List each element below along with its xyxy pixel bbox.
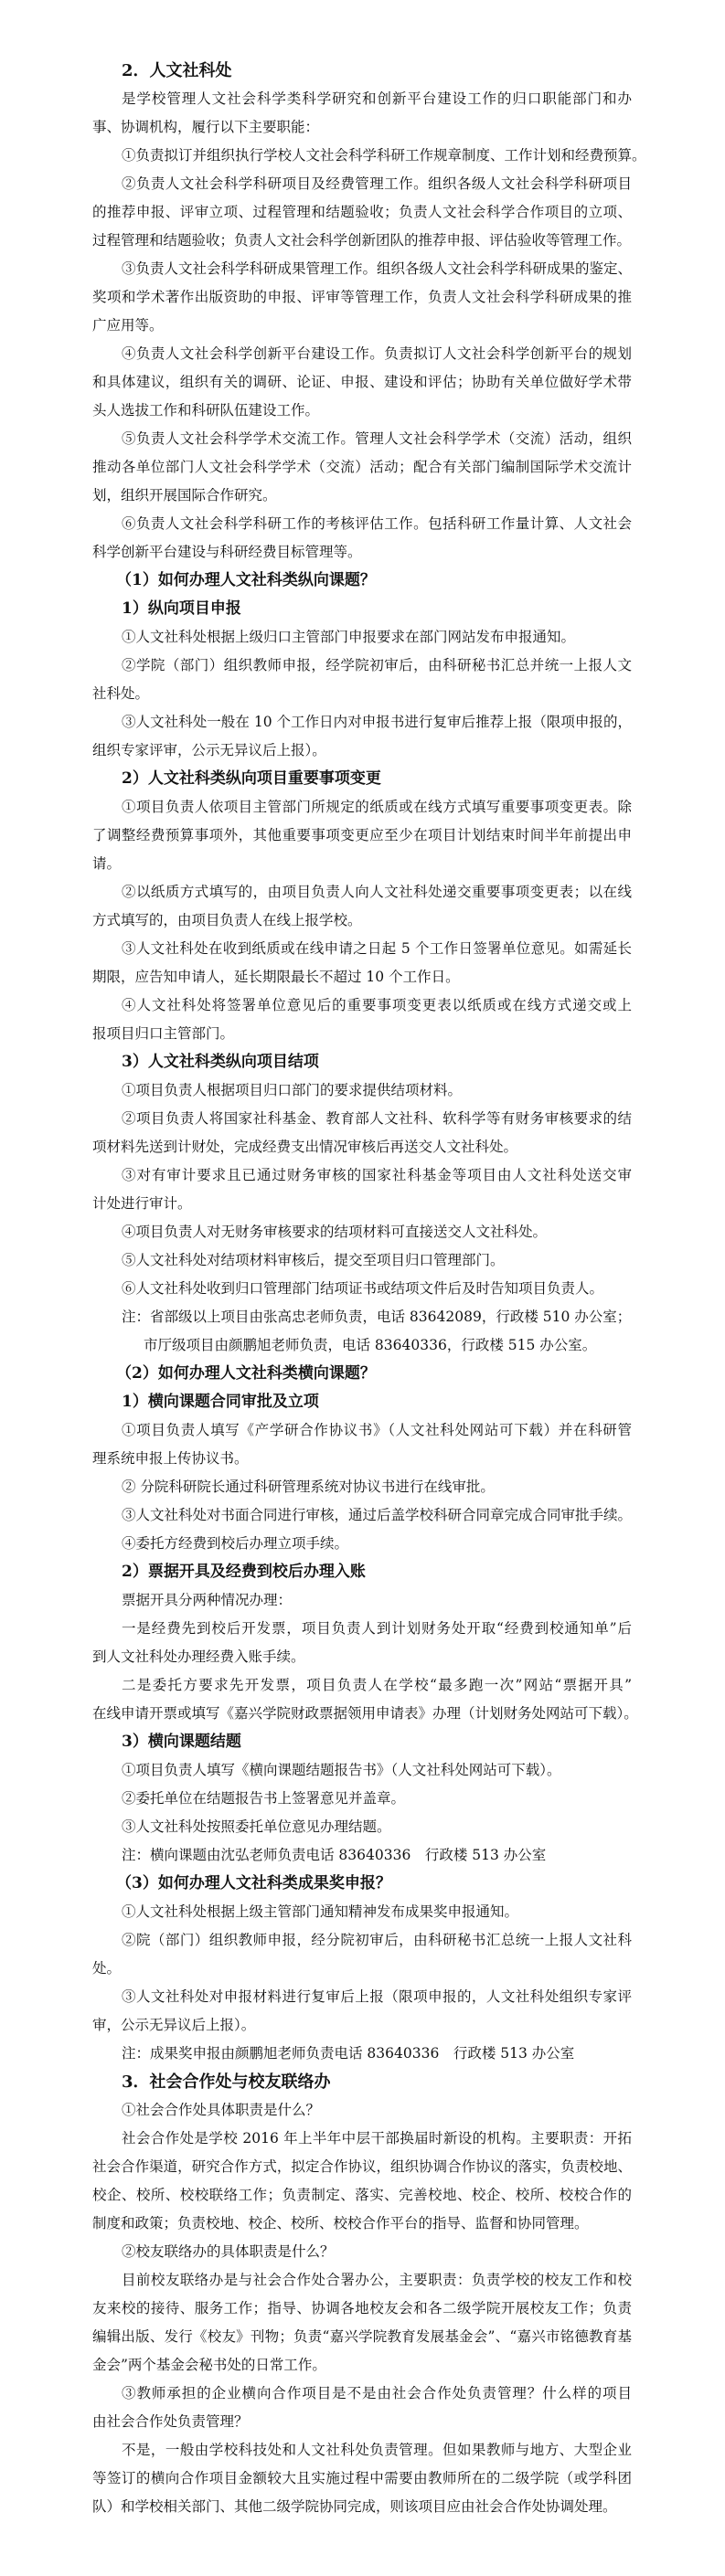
paragraph: 是学校管理人文社会科学类科学研究和创新平台建设工作的归口职能部门和办事、协调机构… — [92, 85, 632, 142]
paragraph: ③人文社科处一般在 10 个工作日内对申报书进行复审后推荐上报（限项申报的，组织… — [92, 708, 632, 765]
text-line: 1）横向课题合同审批及立项 — [92, 1388, 632, 1416]
text-line: 编辑出版、发行《校友》刊物；负责“嘉兴学院教育发展基金会”、“嘉兴市铭德教育基 — [92, 2323, 632, 2351]
section-heading-level-3: 1）纵向项目申报 — [92, 595, 632, 623]
text-line: ①项目负责人根据项目归口部门的要求提供结项材料。 — [92, 1076, 632, 1105]
text-line: 报项目归口主管部门。 — [92, 1020, 632, 1048]
text-line: ⑤人文社科处对结项材料审核后，提交至项目归口管理部门。 — [92, 1246, 632, 1275]
text-line: 3）人文社科类纵向项目结项 — [92, 1048, 632, 1076]
paragraph: ①项目负责人填写《产学研合作协议书》（人文社科处网站可下载）并在科研管理系统申报… — [92, 1416, 632, 1473]
section-heading-level-2: （1）如何办理人文社科类纵向课题？ — [92, 567, 632, 595]
text-line: 审，公示无异议后上报）。 — [92, 2011, 632, 2040]
text-line: 等签订的横向合作项目金额较大且实施过程中需要由教师所在的二级学院（或学科团 — [92, 2465, 632, 2493]
paragraph: ②学院（部门）组织教师申报，经学院初审后，由科研秘书汇总并统一上报人文社科处。 — [92, 652, 632, 708]
text-line: ④项目负责人对无财务审核要求的结项材料可直接送交人文社科处。 — [92, 1218, 632, 1246]
text-line: 头人选拔工作和科研队伍建设工作。 — [92, 397, 632, 425]
text-line: 2．人文社科处 — [92, 57, 632, 85]
paragraph: 不是，一般由学校科技处和人文社科处负责管理。但如果教师与地方、大型企业等签订的横… — [92, 2436, 632, 2521]
text-line: 市厅级项目由颜鹏旭老师负责，电话 83640336，行政楼 515 办公室。 — [92, 1331, 632, 1360]
text-line: 科学创新平台建设与科研经费目标管理等。 — [92, 538, 632, 567]
paragraph: ②委托单位在结题报告书上签署意见并盖章。 — [92, 1785, 632, 1813]
text-line: 注：省部级以上项目由张高忠老师负责，电话 83642089，行政楼 510 办公… — [92, 1303, 632, 1331]
paragraph: 目前校友联络办是与社会合作处合署办公，主要职责：负责学校的校友工作和校友来校的接… — [92, 2266, 632, 2380]
text-line: 2）票据开具及经费到校后办理入账 — [92, 1558, 632, 1586]
text-line: ②负责人文社会科学科研项目及经费管理工作。组织各级人文社会科学科研项目 — [92, 170, 632, 198]
text-line: 组织专家评审，公示无异议后上报）。 — [92, 737, 632, 765]
paragraph: ⑤负责人文社会科学学术交流工作。管理人文社会科学学术（交流）活动，组织推动各单位… — [92, 425, 632, 510]
text-line: 不是，一般由学校科技处和人文社科处负责管理。但如果教师与地方、大型企业 — [92, 2436, 632, 2465]
text-line: ①人文社科处根据上级主管部门通知精神发布成果奖申报通知。 — [92, 1898, 632, 1926]
text-line: ①项目负责人填写《横向课题结题报告书》（人文社科处网站可下载）。 — [92, 1756, 632, 1785]
text-line: （1）如何办理人文社科类纵向课题？ — [92, 567, 632, 595]
text-line: ③人文社科处在收到纸质或在线申请之日起 5 个工作日签署单位意见。如需延长 — [92, 935, 632, 963]
text-line: 奖项和学术著作出版资助的申报、评审等管理工作，负责人文社会科学科研成果的推 — [92, 283, 632, 312]
text-line: 3．社会合作处与校友联络办 — [92, 2068, 632, 2096]
contact-note: 市厅级项目由颜鹏旭老师负责，电话 83640336，行政楼 515 办公室。 — [92, 1331, 632, 1360]
text-line: ①负责拟订并组织执行学校人文社会科学科研工作规章制度、工作计划和经费预算。 — [92, 142, 632, 170]
text-line: ③对有审计要求且已通过财务审核的国家社科基金等项目由人文社科处送交审 — [92, 1161, 632, 1190]
paragraph: 票据开具分两种情况办理： — [92, 1586, 632, 1615]
text-line: 友来校的接待、服务工作；指导、协调各地校友会和各二级学院开展校友工作；负责 — [92, 2295, 632, 2323]
paragraph: ①项目负责人填写《横向课题结题报告书》（人文社科处网站可下载）。 — [92, 1756, 632, 1785]
text-line: ④负责人文社会科学创新平台建设工作。负责拟订人文社会科学创新平台的规划 — [92, 340, 632, 368]
paragraph: ⑥人文社科处收到归口管理部门结项证书或结项文件后及时告知项目负责人。 — [92, 1275, 632, 1303]
text-line: 处。 — [92, 1955, 632, 1983]
text-line: ②院（部门）组织教师申报，经分院初审后，由科研秘书汇总统一上报人文社科 — [92, 1926, 632, 1955]
text-line: 目前校友联络办是与社会合作处合署办公，主要职责：负责学校的校友工作和校 — [92, 2266, 632, 2295]
paragraph: ②项目负责人将国家社科基金、教育部人文社科、软科学等有财务审核要求的结项材料先送… — [92, 1105, 632, 1161]
text-line: ②以纸质方式填写的，由项目负责人向人文社科处递交重要事项变更表；以在线 — [92, 878, 632, 906]
section-heading-level-3: 1）横向课题合同审批及立项 — [92, 1388, 632, 1416]
text-line: 了调整经费预算事项外，其他重要事项变更应至少在项目计划结束时间半年前提出申 — [92, 822, 632, 850]
text-line: 和具体建议，组织有关的调研、论证、申报、建设和评估；协助有关单位做好学术带 — [92, 368, 632, 397]
text-line: ②学院（部门）组织教师申报，经学院初审后，由科研秘书汇总并统一上报人文 — [92, 652, 632, 680]
contact-note: 注：省部级以上项目由张高忠老师负责，电话 83642089，行政楼 510 办公… — [92, 1303, 632, 1331]
paragraph: 二是委托方要求先开发票，项目负责人在学校“最多跑一次”网站“票据开具”在线申请开… — [92, 1671, 632, 1728]
text-line: 方式填写的，由项目负责人在线上报学校。 — [92, 906, 632, 935]
paragraph: ④负责人文社会科学创新平台建设工作。负责拟订人文社会科学创新平台的规划和具体建议… — [92, 340, 632, 425]
paragraph: ③人文社科处对书面合同进行审核，通过后盖学校科研合同章完成合同审批手续。 — [92, 1501, 632, 1530]
text-line: ③教师承担的企业横向合作项目是不是由社会合作处负责管理？什么样的项目 — [92, 2380, 632, 2408]
section-heading-level-3: 3）横向课题结题 — [92, 1728, 632, 1756]
text-line: （3）如何办理人文社科类成果奖申报？ — [92, 1870, 632, 1898]
text-line: 划，组织开展国际合作研究。 — [92, 482, 632, 510]
text-line: 票据开具分两种情况办理： — [92, 1586, 632, 1615]
paragraph: ①负责拟订并组织执行学校人文社会科学科研工作规章制度、工作计划和经费预算。 — [92, 142, 632, 170]
text-line: 过程管理和结题验收；负责人文社会科学创新团队的推荐申报、评估验收等管理工作。 — [92, 227, 632, 255]
section-heading-level-2: （2）如何办理人文社科类横向课题？ — [92, 1360, 632, 1388]
text-line: 社科处。 — [92, 680, 632, 708]
text-line: 计处进行审计。 — [92, 1190, 632, 1218]
text-line: 制度和政策；负责校地、校企、校所、校校合作平台的指导、监督和协同管理。 — [92, 2210, 632, 2238]
text-line: ④人文社科处将签署单位意见后的重要事项变更表以纸质或在线方式递交或上 — [92, 991, 632, 1020]
section-heading-level-3: 3）人文社科类纵向项目结项 — [92, 1048, 632, 1076]
text-line: ③负责人文社会科学科研成果管理工作。组织各级人文社会科学科研成果的鉴定、 — [92, 255, 632, 283]
paragraph: ②院（部门）组织教师申报，经分院初审后，由科研秘书汇总统一上报人文社科处。 — [92, 1926, 632, 1983]
text-line: ①社会合作处具体职责是什么？ — [92, 2096, 632, 2125]
text-line: ③人文社科处对书面合同进行审核，通过后盖学校科研合同章完成合同审批手续。 — [92, 1501, 632, 1530]
text-line: ③人文社科处对申报材料进行复审后上报（限项申报的，人文社科处组织专家评 — [92, 1983, 632, 2011]
paragraph: 一是经费先到校后开发票，项目负责人到计划财务处开取“经费到校通知单”后到人文社科… — [92, 1615, 632, 1671]
text-line: 的推荐申报、评审立项、过程管理和结题验收；负责人文社会科学合作项目的立项、 — [92, 198, 632, 227]
text-line: 二是委托方要求先开发票，项目负责人在学校“最多跑一次”网站“票据开具” — [92, 1671, 632, 1700]
text-line: 2）人文社科类纵向项目重要事项变更 — [92, 765, 632, 793]
paragraph: ①项目负责人依项目主管部门所规定的纸质或在线方式填写重要事项变更表。除了调整经费… — [92, 793, 632, 878]
text-line: ②校友联络办的具体职责是什么？ — [92, 2238, 632, 2266]
text-line: 队）和学校相关部门、其他二级学院协同完成，则该项目应由社会合作处协调处理。 — [92, 2493, 632, 2521]
document-body: 2．人文社科处是学校管理人文社会科学类科学研究和创新平台建设工作的归口职能部门和… — [92, 57, 632, 2521]
contact-note: 注：成果奖申报由颜鹏旭老师负责电话 83640336 行政楼 513 办公室 — [92, 2040, 632, 2068]
section-heading-level-1: 3．社会合作处与校友联络办 — [92, 2068, 632, 2096]
text-line: ②项目负责人将国家社科基金、教育部人文社科、软科学等有财务审核要求的结 — [92, 1105, 632, 1133]
section-heading-level-2: （3）如何办理人文社科类成果奖申报？ — [92, 1870, 632, 1898]
text-line: 1）纵向项目申报 — [92, 595, 632, 623]
text-line: （2）如何办理人文社科类横向课题？ — [92, 1360, 632, 1388]
text-line: 一是经费先到校后开发票，项目负责人到计划财务处开取“经费到校通知单”后 — [92, 1615, 632, 1643]
paragraph: 社会合作处是学校 2016 年上半年中层干部换届时新设的机构。主要职责：开拓社会… — [92, 2125, 632, 2238]
text-line: 社会合作渠道，研究合作方式，拟定合作协议，组织协调合作协议的落实，负责校地、 — [92, 2153, 632, 2181]
text-line: 推动各单位部门人文社会科学学术（交流）活动；配合有关部门编制国际学术交流计 — [92, 453, 632, 482]
paragraph: ②以纸质方式填写的，由项目负责人向人文社科处递交重要事项变更表；以在线方式填写的… — [92, 878, 632, 935]
text-line: ⑤负责人文社会科学学术交流工作。管理人文社会科学学术（交流）活动，组织 — [92, 425, 632, 453]
text-line: ②委托单位在结题报告书上签署意见并盖章。 — [92, 1785, 632, 1813]
paragraph: ④项目负责人对无财务审核要求的结项材料可直接送交人文社科处。 — [92, 1218, 632, 1246]
text-line: ①人文社科处根据上级归口主管部门申报要求在部门网站发布申报通知。 — [92, 623, 632, 652]
text-line: ④委托方经费到校后办理立项手续。 — [92, 1530, 632, 1558]
text-line: ⑥人文社科处收到归口管理部门结项证书或结项文件后及时告知项目负责人。 — [92, 1275, 632, 1303]
text-line: 项材料先送到计财处，完成经费支出情况审核后再送交人文社科处。 — [92, 1133, 632, 1161]
text-line: 到人文社科处办理经费入账手续。 — [92, 1643, 632, 1671]
text-line: ③人文社科处按照委托单位意见办理结题。 — [92, 1813, 632, 1841]
paragraph: ③负责人文社会科学科研成果管理工作。组织各级人文社会科学科研成果的鉴定、奖项和学… — [92, 255, 632, 340]
text-line: ①项目负责人填写《产学研合作协议书》（人文社科处网站可下载）并在科研管 — [92, 1416, 632, 1445]
paragraph: ④委托方经费到校后办理立项手续。 — [92, 1530, 632, 1558]
contact-note: 注：横向课题由沈弘老师负责电话 83640336 行政楼 513 办公室 — [92, 1841, 632, 1870]
text-line: ③人文社科处一般在 10 个工作日内对申报书进行复审后推荐上报（限项申报的， — [92, 708, 632, 737]
paragraph: ①人文社科处根据上级归口主管部门申报要求在部门网站发布申报通知。 — [92, 623, 632, 652]
paragraph: ①社会合作处具体职责是什么？ — [92, 2096, 632, 2125]
paragraph: ①人文社科处根据上级主管部门通知精神发布成果奖申报通知。 — [92, 1898, 632, 1926]
text-line: 是学校管理人文社会科学类科学研究和创新平台建设工作的归口职能部门和办 — [92, 85, 632, 113]
paragraph: ③人文社科处对申报材料进行复审后上报（限项申报的，人文社科处组织专家评审，公示无… — [92, 1983, 632, 2040]
text-line: 在线申请开票或填写《嘉兴学院财政票据领用申请表》办理（计划财务处网站可下载）。 — [92, 1700, 632, 1728]
paragraph: ①项目负责人根据项目归口部门的要求提供结项材料。 — [92, 1076, 632, 1105]
text-line: ①项目负责人依项目主管部门所规定的纸质或在线方式填写重要事项变更表。除 — [92, 793, 632, 822]
text-line: 校企、校所、校校联络工作；负责制定、落实、完善校地、校企、校所、校校合作的 — [92, 2181, 632, 2210]
text-line: 理系统申报上传协议书。 — [92, 1445, 632, 1473]
section-heading-level-3: 2）人文社科类纵向项目重要事项变更 — [92, 765, 632, 793]
section-heading-level-1: 2．人文社科处 — [92, 57, 632, 85]
paragraph: ③教师承担的企业横向合作项目是不是由社会合作处负责管理？什么样的项目由社会合作处… — [92, 2380, 632, 2436]
text-line: 社会合作处是学校 2016 年上半年中层干部换届时新设的机构。主要职责：开拓 — [92, 2125, 632, 2153]
paragraph: ③人文社科处在收到纸质或在线申请之日起 5 个工作日签署单位意见。如需延长期限，… — [92, 935, 632, 991]
section-heading-level-3: 2）票据开具及经费到校后办理入账 — [92, 1558, 632, 1586]
paragraph: ④人文社科处将签署单位意见后的重要事项变更表以纸质或在线方式递交或上报项目归口主… — [92, 991, 632, 1048]
paragraph: ③人文社科处按照委托单位意见办理结题。 — [92, 1813, 632, 1841]
paragraph: ③对有审计要求且已通过财务审核的国家社科基金等项目由人文社科处送交审计处进行审计… — [92, 1161, 632, 1218]
text-line: 期限，应告知申请人，延长期限最长不超过 10 个工作日。 — [92, 963, 632, 991]
paragraph: ⑥负责人文社会科学科研工作的考核评估工作。包括科研工作量计算、人文社会科学创新平… — [92, 510, 632, 567]
text-line: 注：横向课题由沈弘老师负责电话 83640336 行政楼 513 办公室 — [92, 1841, 632, 1870]
text-line: 3）横向课题结题 — [92, 1728, 632, 1756]
text-line: 金会”两个基金会秘书处的日常工作。 — [92, 2351, 632, 2380]
text-line: 事、协调机构，履行以下主要职能： — [92, 113, 632, 142]
text-line: ⑥负责人文社会科学科研工作的考核评估工作。包括科研工作量计算、人文社会 — [92, 510, 632, 538]
paragraph: ②校友联络办的具体职责是什么？ — [92, 2238, 632, 2266]
paragraph: ② 分院科研院长通过科研管理系统对协议书进行在线审批。 — [92, 1473, 632, 1501]
text-line: ② 分院科研院长通过科研管理系统对协议书进行在线审批。 — [92, 1473, 632, 1501]
paragraph: ⑤人文社科处对结项材料审核后，提交至项目归口管理部门。 — [92, 1246, 632, 1275]
text-line: 由社会合作处负责管理？ — [92, 2408, 632, 2436]
text-line: 广应用等。 — [92, 312, 632, 340]
paragraph: ②负责人文社会科学科研项目及经费管理工作。组织各级人文社会科学科研项目的推荐申报… — [92, 170, 632, 255]
text-line: 注：成果奖申报由颜鹏旭老师负责电话 83640336 行政楼 513 办公室 — [92, 2040, 632, 2068]
text-line: 请。 — [92, 850, 632, 878]
